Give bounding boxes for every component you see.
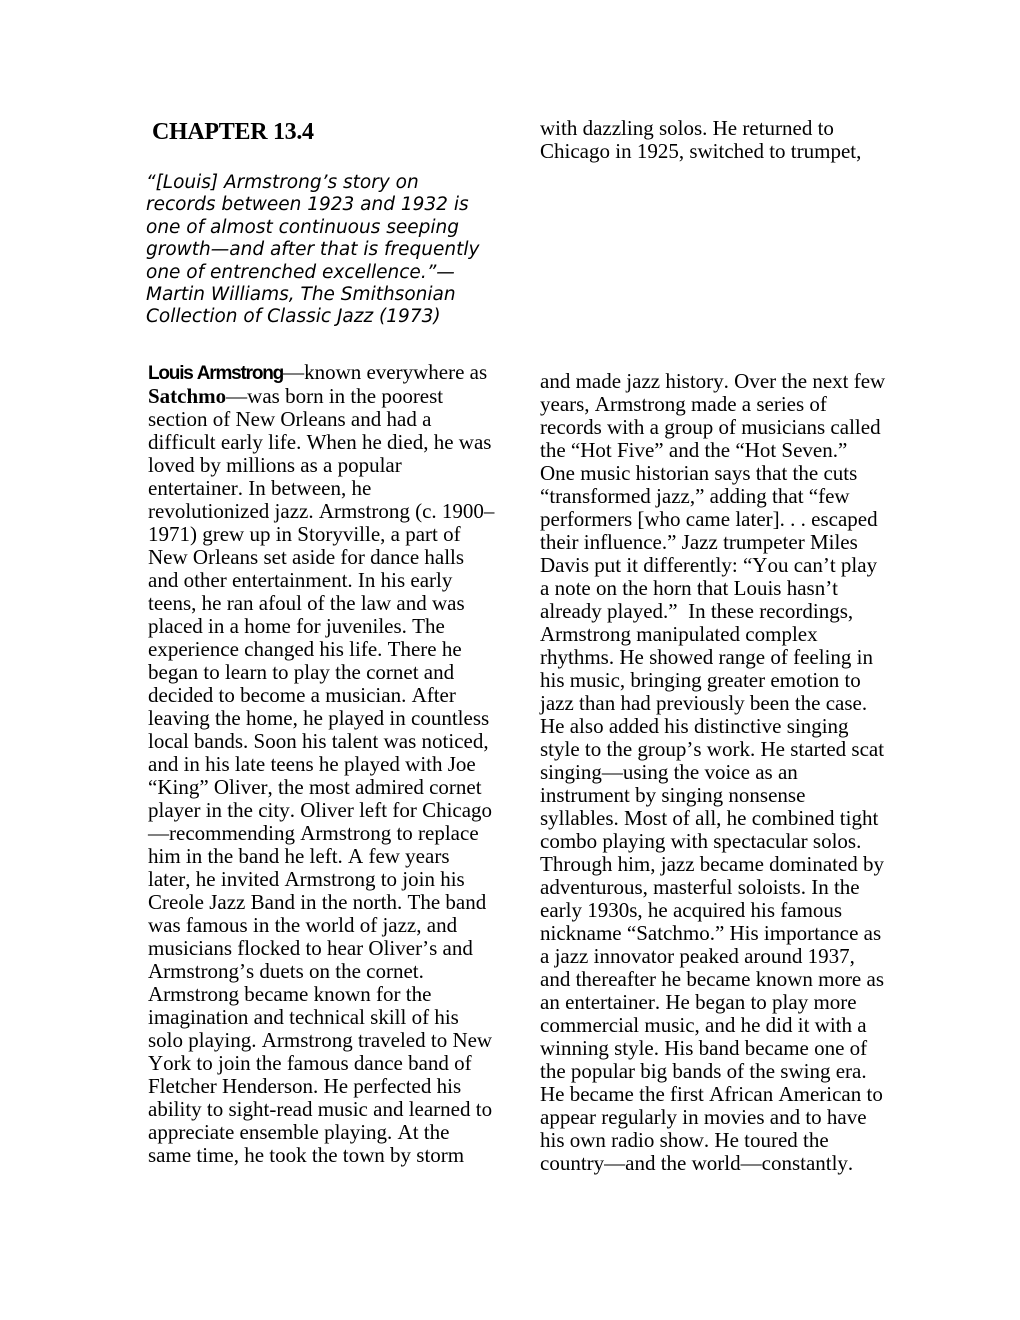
pull-quote: “[Louis] Armstrong’s story on records be… bbox=[146, 172, 516, 329]
chapter-heading: CHAPTER 13.4 bbox=[152, 118, 314, 146]
right-column-carryover-text: with dazzling solos. He returned to Chic… bbox=[540, 117, 900, 163]
term-satchmo: Satchmo bbox=[148, 384, 226, 408]
document-page: CHAPTER 13.4 “[Louis] Armstrong’s story … bbox=[0, 0, 1020, 1320]
right-column-text: and made jazz history. Over the next few… bbox=[540, 370, 900, 1175]
left-column-text: Louis Armstrong—known everywhere as Satc… bbox=[148, 361, 508, 1167]
term-louis-armstrong: Louis Armstrong bbox=[148, 363, 283, 384]
left-column-body: —was born in the poorest section of New … bbox=[148, 384, 494, 1167]
left-column-lead-connector: —known everywhere as bbox=[283, 360, 487, 384]
